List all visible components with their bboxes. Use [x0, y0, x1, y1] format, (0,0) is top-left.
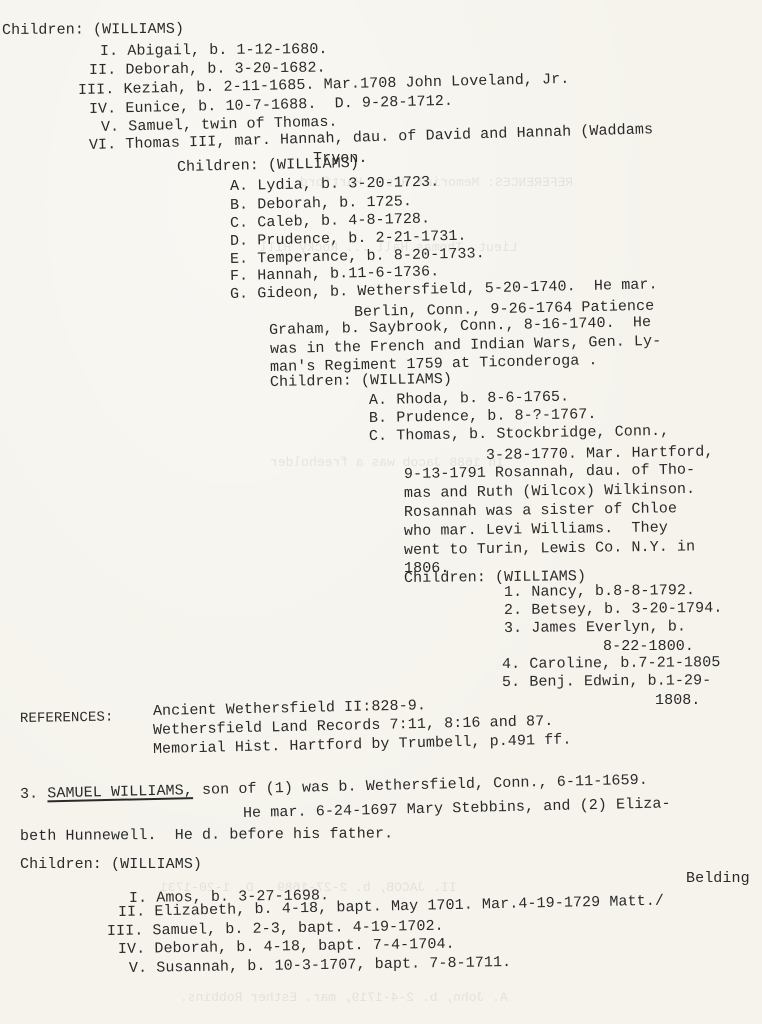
- roman-numeral: IV.: [89, 100, 117, 118]
- entry-text: Caroline, b.7-21-1805: [529, 654, 720, 673]
- child-entry: 3. James Everlyn, b.: [504, 618, 686, 638]
- entry-text: Lydia, b. 3-20-1723.: [257, 174, 439, 195]
- entry-text: Betsey, b. 3-20-1794.: [531, 600, 722, 619]
- letter-marker: G.: [230, 286, 249, 303]
- typewritten-genealogy-page: REFERENCES: Memorial Hist. Hartford Lieu…: [0, 0, 762, 1024]
- entry-text: Nancy, b.8-8-1792.: [531, 582, 695, 601]
- entry-text: Rhoda, b. 8-6-1765.: [396, 389, 569, 409]
- bleed-through-texture: A. John, b. 2-4-1719, mar. Esther Robbin…: [180, 990, 508, 1005]
- roman-numeral: I.: [100, 43, 118, 60]
- entry-text: Abigail, b. 1-12-1680.: [127, 41, 327, 60]
- children-heading: Children: (WILLIAMS): [270, 371, 452, 392]
- entry-text: Deborah, b. 3-20-1682.: [125, 60, 325, 79]
- roman-numeral: II.: [89, 62, 116, 79]
- children-heading: Children: (WILLIAMS): [20, 856, 202, 874]
- entry-text: Deborah, b. 4-18, bapt. 7-4-1704.: [154, 936, 455, 958]
- entry-continuation: 1808.: [655, 692, 701, 710]
- entry-continuation: Rosannah was a sister of Chloe: [404, 500, 677, 522]
- entry-text: James Everlyn, b.: [531, 618, 686, 636]
- section-number: 3.: [20, 786, 39, 803]
- person-name: SAMUEL WILLIAMS,: [47, 782, 193, 802]
- letter-marker: C.: [369, 428, 387, 445]
- entry-text: Benj. Edwin, b.1-29-: [529, 672, 711, 691]
- roman-numeral: III.: [107, 922, 144, 940]
- entry-continuation: went to Turin, Lewis Co. N.Y. in: [404, 538, 695, 560]
- section-3-line-2: He mar. 6-24-1697 Mary Stebbins, and (2)…: [243, 795, 671, 823]
- letter-marker: A.: [369, 392, 387, 409]
- letter-marker: E.: [230, 251, 249, 268]
- number-marker: 4.: [502, 656, 520, 673]
- entry-continuation: 8-22-1800.: [603, 638, 694, 656]
- roman-numeral: V.: [129, 960, 147, 977]
- child-entry: 5. Benj. Edwin, b.1-29-: [502, 672, 711, 692]
- section-text: son of (1) was b. Wethersfield, Conn., 6…: [202, 772, 648, 799]
- roman-numeral: II.: [118, 903, 146, 921]
- roman-numeral: VI.: [89, 136, 117, 154]
- children-heading: Children: (WILLIAMS): [177, 155, 359, 177]
- entry-text: Prudence, b. 8-?-1767.: [396, 406, 597, 426]
- number-marker: 2.: [504, 602, 522, 619]
- roman-numeral: IV.: [118, 941, 146, 958]
- letter-marker: B.: [369, 410, 387, 427]
- letter-marker: D.: [230, 233, 249, 250]
- letter-marker: B.: [230, 197, 249, 214]
- children-heading: Children: (WILLIAMS): [2, 21, 184, 40]
- letter-marker: F.: [230, 268, 249, 285]
- roman-numeral: III.: [78, 81, 115, 99]
- child-entry: 1. Nancy, b.8-8-1792.: [504, 582, 695, 602]
- entry-text: Thomas, b. Stockbridge, Conn.,: [396, 423, 669, 445]
- entry-continuation: who mar. Levi Williams. They: [404, 519, 668, 541]
- number-marker: 1.: [504, 584, 522, 601]
- section-3-line-3: beth Hunnewell. He d. before his father.: [20, 825, 393, 846]
- letter-marker: C.: [230, 215, 249, 232]
- number-marker: 5.: [502, 674, 520, 691]
- number-marker: 3.: [504, 620, 522, 637]
- child-entry: 2. Betsey, b. 3-20-1794.: [504, 600, 723, 620]
- letter-marker: A.: [230, 178, 249, 195]
- child-entry: I. Abigail, b. 1-12-1680.: [100, 41, 328, 61]
- roman-numeral: V.: [101, 119, 120, 136]
- margin-note: Belding: [686, 870, 750, 888]
- child-entry: 4. Caroline, b.7-21-1805: [502, 654, 721, 674]
- references-label: REFERENCES:: [20, 709, 114, 728]
- child-entry: C. Thomas, b. Stockbridge, Conn.,: [369, 423, 670, 446]
